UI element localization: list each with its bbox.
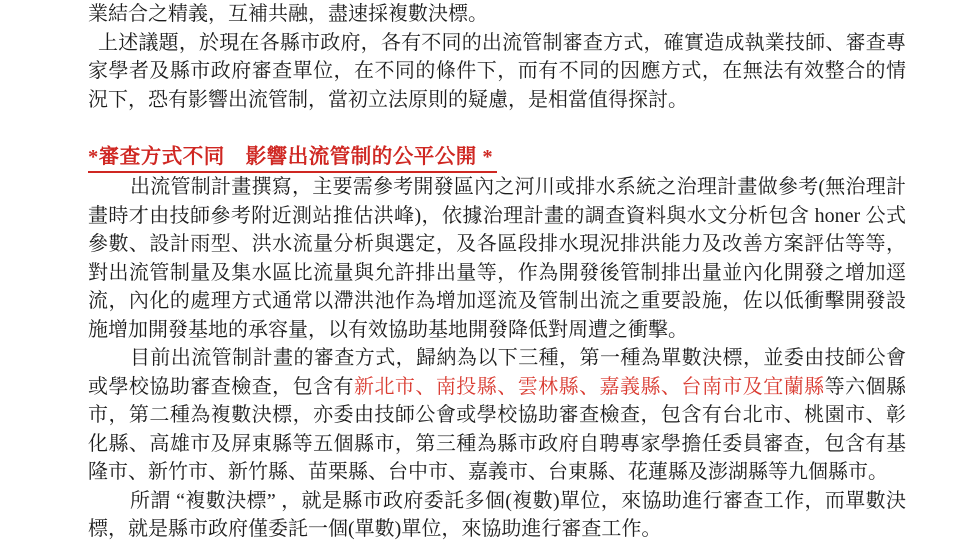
paragraph-intro: 上述議題，於現在各縣市政府，各有不同的出流管制審查方式，確實造成執業技師、審查專…: [88, 29, 906, 115]
paragraph-definition: 所謂 “複數決標” ，就是縣市政府委託多個(複數)單位，來協助進行審查工作，而單…: [88, 487, 906, 540]
section-heading-text: *審查方式不同 影響出流管制的公平公開 *: [88, 143, 497, 174]
paragraph-plan-writing: 出流管制計畫撰寫，主要需參考開發區內之河川或排水系統之治理計畫做參考(無治理計畫…: [88, 173, 906, 344]
paragraph-review-types: 目前出流管制計畫的審查方式，歸納為以下三種，第一種為單數決標，並委由技師公會或學…: [88, 344, 906, 487]
document-page: 業結合之精義，互補共融，盡速採複數決標。 上述議題，於現在各縣市政府，各有不同的…: [88, 0, 906, 540]
paragraph-continuation: 業結合之精義，互補共融，盡速採複數決標。: [88, 0, 906, 29]
review-types-red-counties: 新北市、南投縣、雲林縣、嘉義縣、台南市及宜蘭縣: [354, 376, 825, 398]
section-heading: *審查方式不同 影響出流管制的公平公開 *: [88, 143, 906, 174]
